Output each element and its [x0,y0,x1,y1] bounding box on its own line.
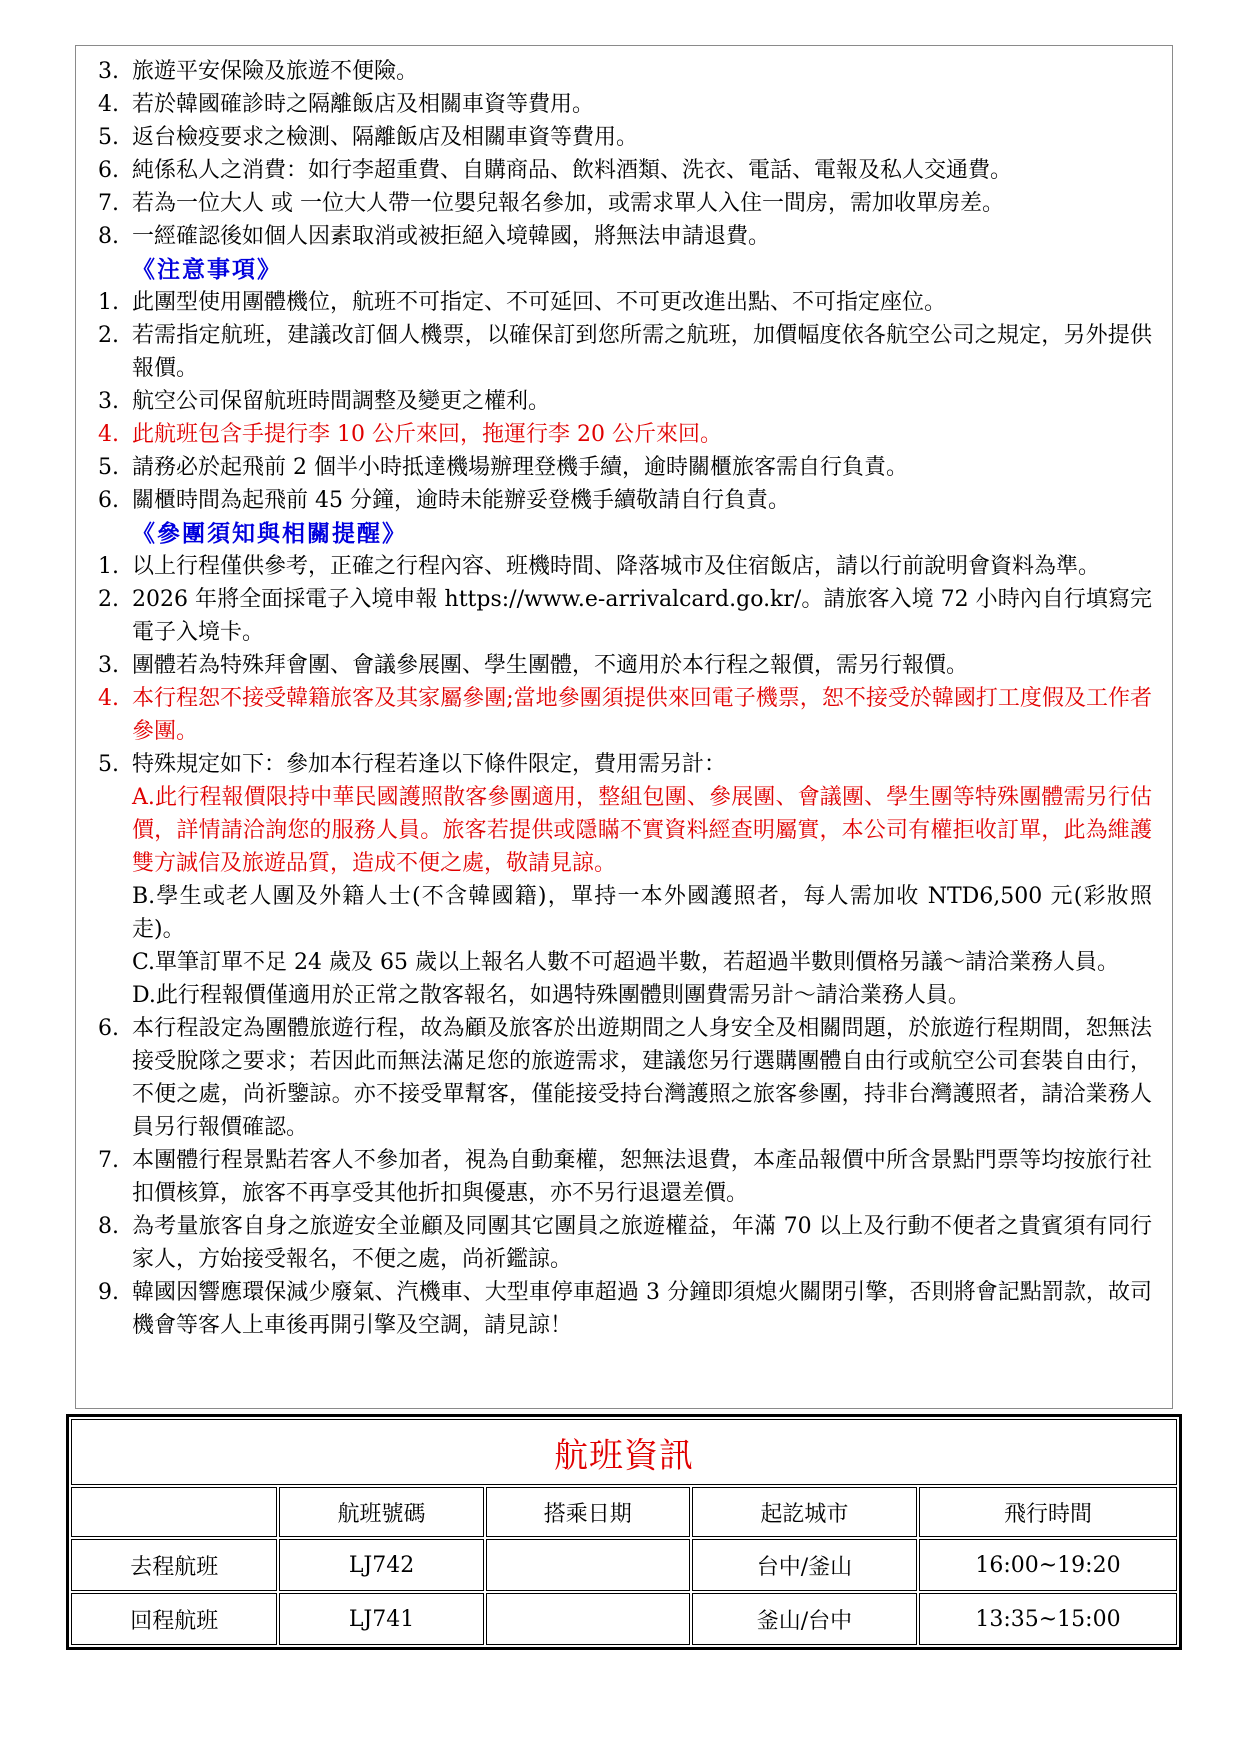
list-item: 6. 本行程設定為團體旅遊行程，故為顧及旅客於出遊期間之人身安全及相關問題，於旅… [98,1012,1152,1144]
cell-date [486,1593,690,1645]
terms-document: 3. 旅遊平安保險及旅遊不便險。 4. 若於韓國確診時之隔離飯店及相關車資等費用… [75,45,1173,1409]
item-text: 以上行程僅供參考，正確之行程內容、班機時間、降落城市及住宿飯店，請以行前說明會資… [132,550,1152,583]
section-heading-join: 《參團須知與相關提醒》 [132,517,1152,550]
item-text: 韓國因響應環保減少廢氣、汽機車、大型車停車超過 3 分鐘即須熄火關閉引擎，否則將… [132,1276,1152,1342]
list-item: 5. 請務必於起飛前 2 個半小時抵達機場辦理登機手續，逾時關櫃旅客需自行負責。 [98,451,1152,484]
item-number: 4. [98,418,132,451]
table-row-outbound: 去程航班 LJ742 台中/釜山 16:00~19:20 [71,1539,1177,1591]
list-item: 2. 若需指定航班，建議改訂個人機票，以確保訂到您所需之航班，加價幅度依各航空公… [98,319,1152,385]
cell-date [486,1539,690,1591]
item-number: 6. [98,1012,132,1144]
list-item: 6. 純係私人之消費：如行李超重費、自購商品、飲料酒類、洗衣、電話、電報及私人交… [98,154,1152,187]
cell-time: 13:35~15:00 [919,1593,1177,1645]
item-number: 2. [98,319,132,385]
item-text: 特殊規定如下：參加本行程若逢以下條件限定，費用需另計： [132,748,1152,781]
list-item: 6. 關櫃時間為起飛前 45 分鐘，逾時未能辦妥登機手續敬請自行負責。 [98,484,1152,517]
item-number: 4. [98,88,132,121]
list-item: 8. 為考量旅客自身之旅遊安全並顧及同團其它團員之旅遊權益，年滿 70 以上及行… [98,1210,1152,1276]
list-item: 1. 以上行程僅供參考，正確之行程內容、班機時間、降落城市及住宿飯店，請以行前說… [98,550,1152,583]
item-number: 1. [98,550,132,583]
item-number: 5. [98,121,132,154]
item-number: 6. [98,154,132,187]
list-item: 3. 旅遊平安保險及旅遊不便險。 [98,55,1152,88]
item-number: 4. [98,682,132,748]
list-item-korean-nationals: 4. 本行程恕不接受韓籍旅客及其家屬參團;當地參團須提供來回電子機票，恕不接受於… [98,682,1152,748]
item-text: 為考量旅客自身之旅遊安全並顧及同團其它團員之旅遊權益，年滿 70 以上及行動不便… [132,1210,1152,1276]
table-row-return: 回程航班 LJ741 釜山/台中 13:35~15:00 [71,1593,1177,1645]
item-text: 返台檢疫要求之檢測、隔離飯店及相關車資等費用。 [132,121,1152,154]
sub-item-b: B.學生或老人團及外籍人士(不含韓國籍)，單持一本外國護照者，每人需加收 NTD… [132,880,1152,946]
list-item: 3. 團體若為特殊拜會團、會議參展團、學生團體，不適用於本行程之報價，需另行報價… [98,649,1152,682]
item-text: 旅遊平安保險及旅遊不便險。 [132,55,1152,88]
item-number: 7. [98,187,132,220]
item-text: 請務必於起飛前 2 個半小時抵達機場辦理登機手續，逾時關櫃旅客需自行負責。 [132,451,1152,484]
cell-flight-number: LJ742 [279,1539,483,1591]
cell-cities: 台中/釜山 [692,1539,917,1591]
list-item: 9. 韓國因響應環保減少廢氣、汽機車、大型車停車超過 3 分鐘即須熄火關閉引擎，… [98,1276,1152,1342]
item-text: 關櫃時間為起飛前 45 分鐘，逾時未能辦妥登機手續敬請自行負責。 [132,484,1152,517]
item-number: 8. [98,1210,132,1276]
item-text: 團體若為特殊拜會團、會議參展團、學生團體，不適用於本行程之報價，需另行報價。 [132,649,1152,682]
header-cell-flight-number: 航班號碼 [279,1487,483,1537]
item-text: 本行程設定為團體旅遊行程，故為顧及旅客於出遊期間之人身安全及相關問題，於旅遊行程… [132,1012,1152,1144]
flight-table-title: 航班資訊 [71,1419,1177,1485]
header-cell-blank [71,1487,277,1537]
list-item: 4. 若於韓國確診時之隔離飯店及相關車資等費用。 [98,88,1152,121]
item-number: 3. [98,649,132,682]
header-cell-date: 搭乘日期 [486,1487,690,1537]
sub-item-c: C.單筆訂單不足 24 歲及 65 歲以上報名人數不可超過半數，若超過半數則價格… [132,946,1152,979]
section-heading-notice: 《注意事項》 [132,253,1152,286]
list-item-earrival-url: 2. 2026 年將全面採電子入境申報 https://www.e-arriva… [98,583,1152,649]
cell-leg-label: 回程航班 [71,1593,277,1645]
item-number: 2. [98,583,132,649]
item-text: 航空公司保留航班時間調整及變更之權利。 [132,385,1152,418]
list-item: 8. 一經確認後如個人因素取消或被拒絕入境韓國，將無法申請退費。 [98,220,1152,253]
header-cell-time: 飛行時間 [919,1487,1177,1537]
item-text: 本行程恕不接受韓籍旅客及其家屬參團;當地參團須提供來回電子機票，恕不接受於韓國打… [132,682,1152,748]
item-number: 3. [98,55,132,88]
item-text: 若需指定航班，建議改訂個人機票，以確保訂到您所需之航班，加價幅度依各航空公司之規… [132,319,1152,385]
item-number: 9. [98,1276,132,1342]
item-number: 7. [98,1144,132,1210]
item-text: 一經確認後如個人因素取消或被拒絕入境韓國，將無法申請退費。 [132,220,1152,253]
list-item-special-rules: 5. 特殊規定如下：參加本行程若逢以下條件限定，費用需另計： A.此行程報價限持… [98,748,1152,1012]
item-text: 純係私人之消費：如行李超重費、自購商品、飲料酒類、洗衣、電話、電報及私人交通費。 [132,154,1152,187]
item-text: 此團型使用團體機位，航班不可指定、不可延回、不可更改進出點、不可指定座位。 [132,286,1152,319]
list-item: 7. 本團體行程景點若客人不參加者，視為自動棄權，恕無法退費，本產品報價中所含景… [98,1144,1152,1210]
item-text: 2026 年將全面採電子入境申報 https://www.e-arrivalca… [132,583,1152,649]
list-item: 5. 返台檢疫要求之檢測、隔離飯店及相關車資等費用。 [98,121,1152,154]
cell-cities: 釜山/台中 [692,1593,917,1645]
item-number: 1. [98,286,132,319]
item-number: 8. [98,220,132,253]
item-number: 6. [98,484,132,517]
sub-item-a: A.此行程報價限持中華民國護照散客參團適用，整組包團、參展團、會議團、學生團等特… [132,781,1152,880]
sub-item-d: D.此行程報價僅適用於正常之散客報名，如遇特殊團體則團費需另計～請洽業務人員。 [132,979,1152,1012]
item-text: 本團體行程景點若客人不參加者，視為自動棄權，恕無法退費，本產品報價中所含景點門票… [132,1144,1152,1210]
item-number: 5. [98,748,132,1012]
cell-flight-number: LJ741 [279,1593,483,1645]
flight-info-table: 航班資訊 航班號碼 搭乘日期 起訖城市 飛行時間 去程航班 LJ742 台中/釜… [66,1414,1182,1650]
list-item: 1. 此團型使用團體機位，航班不可指定、不可延回、不可更改進出點、不可指定座位。 [98,286,1152,319]
list-item: 7. 若為一位大人 或 一位大人帶一位嬰兒報名參加，或需求單人入住一間房，需加收… [98,187,1152,220]
item-number: 5. [98,451,132,484]
cell-leg-label: 去程航班 [71,1539,277,1591]
list-item-baggage-allowance: 4. 此航班包含手提行李 10 公斤來回，拖運行李 20 公斤來回。 [98,418,1152,451]
list-item: 3. 航空公司保留航班時間調整及變更之權利。 [98,385,1152,418]
item-text: 若於韓國確診時之隔離飯店及相關車資等費用。 [132,88,1152,121]
cell-time: 16:00~19:20 [919,1539,1177,1591]
header-cell-cities: 起訖城市 [692,1487,917,1537]
item-number: 3. [98,385,132,418]
item-text: 此航班包含手提行李 10 公斤來回，拖運行李 20 公斤來回。 [132,418,1152,451]
item-text: 若為一位大人 或 一位大人帶一位嬰兒報名參加，或需求單人入住一間房，需加收單房差… [132,187,1152,220]
